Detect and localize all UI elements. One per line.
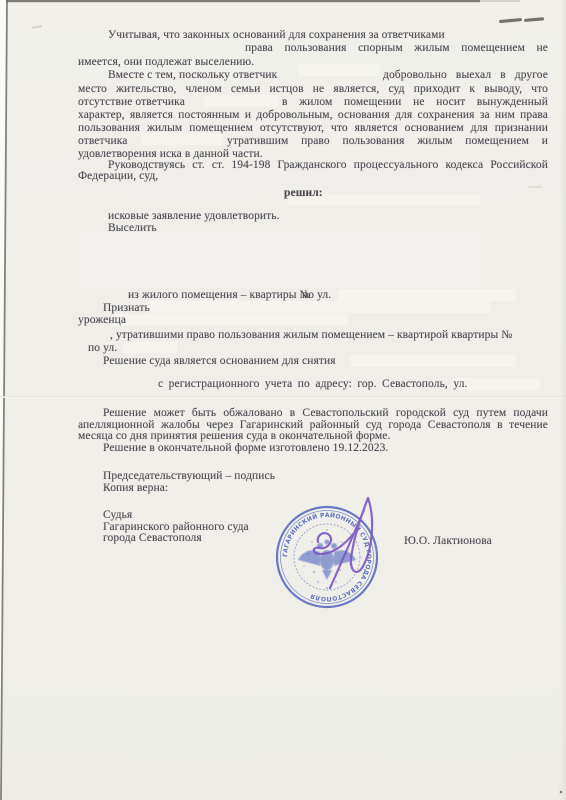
pen-dash-mark [499, 18, 522, 23]
doc-line: в жилом помещении не носит вынужденный [282, 96, 548, 109]
redaction-patch [112, 314, 348, 326]
judge-signature [290, 490, 390, 600]
pen-dash-mark [524, 17, 544, 22]
redaction-patch [350, 355, 516, 367]
doc-line: , утратившими право пользования жилым по… [110, 329, 512, 342]
resolution-heading: решил: [284, 187, 323, 200]
copy-certified-line: Копия верна: [103, 482, 168, 495]
scan-top-edge-line [6, 0, 480, 2]
paper-fold-line [0, 396, 566, 397]
faint-smudge [32, 25, 42, 29]
scanned-court-decision-page: Учитывая, что законных оснований для сох… [0, 0, 566, 800]
doc-line: добровольно выехал в другое [383, 69, 548, 82]
doc-line: пользования жилым помещением отсутствуют… [78, 122, 548, 135]
doc-line: Решение суда является основанием для сня… [103, 355, 336, 368]
doc-line: отсутствие ответчика [78, 96, 185, 109]
doc-line: Руководствуясь ст. ст. 194-198 Гражданск… [108, 159, 548, 172]
doc-line: Учитывая, что законных оснований для сох… [108, 29, 446, 42]
redaction-patch [338, 289, 516, 301]
paper-fold-highlight [0, 397, 566, 398]
faint-smudge [528, 186, 542, 189]
redaction-patch [204, 95, 278, 107]
doc-line: ответчика [78, 135, 127, 148]
redaction-patch [146, 301, 490, 313]
doc-line: по ул. [302, 289, 331, 302]
scan-left-margin [0, 0, 7, 800]
ink-speck [560, 791, 563, 794]
doc-line: Федерации, суд, [78, 170, 158, 183]
doc-line: уроженца [78, 314, 126, 327]
judge-name: Ю.О. Лактионова [404, 535, 492, 548]
redaction-patch [80, 232, 480, 288]
scan-top-edge-fade [480, 0, 520, 2]
redaction-patch [122, 342, 177, 353]
doc-line: по ул. [88, 342, 117, 355]
doc-line: из жилого помещения – квартиры № [128, 289, 311, 302]
doc-line: Вместе с тем, поскольку ответчик [108, 69, 277, 82]
doc-line: имеется, они подлежат выселению. [78, 56, 254, 69]
doc-line: Выселить [108, 222, 157, 235]
doc-line: Решение в окончательной форме изготовлен… [103, 442, 388, 455]
doc-line: место жительство, членом семьи истцов не… [78, 83, 548, 96]
doc-line: характер, является постоянным и добровол… [78, 109, 548, 122]
redaction-patch [298, 64, 380, 76]
doc-line: утратившим право пользования жилым помещ… [227, 135, 548, 148]
doc-line: с регистрационного учета по адресу: гор.… [158, 378, 468, 391]
judge-title-line: города Севастополя [103, 532, 202, 545]
doc-line: права пользования спорным жилым помещени… [245, 42, 548, 55]
scan-left-edge-line [1, 0, 7, 800]
